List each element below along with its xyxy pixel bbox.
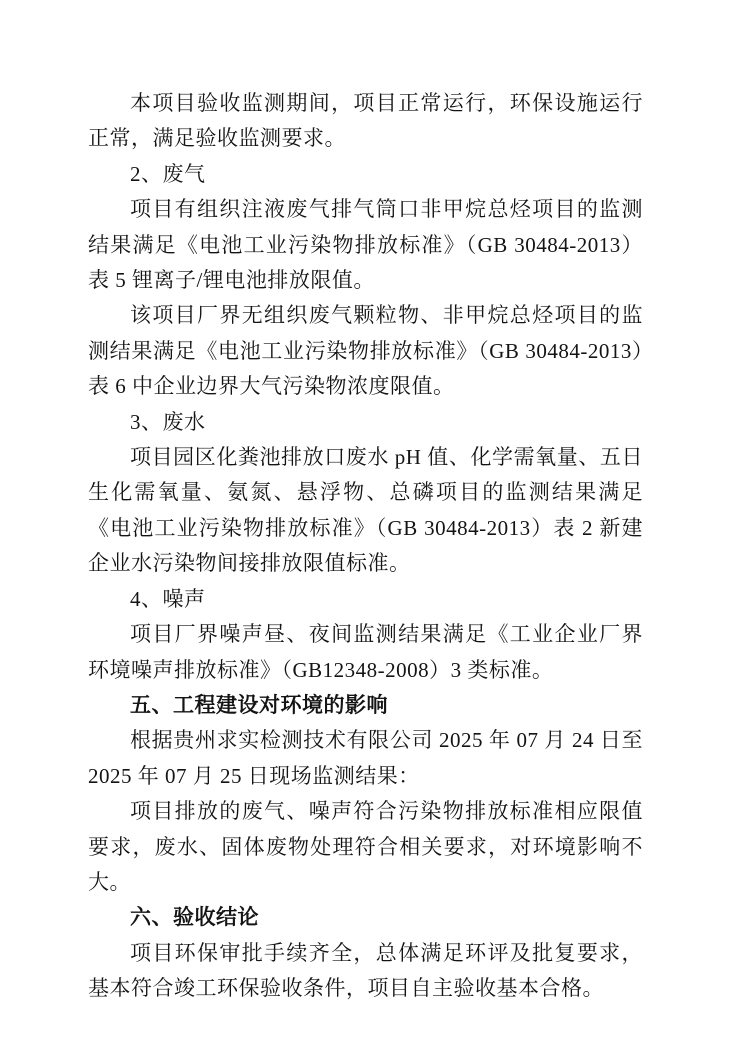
paragraph-noise: 项目厂界噪声昼、夜间监测结果满足《工业企业厂界环境噪声排放标准》（GB12348… [88,617,643,688]
paragraph-conclusion: 项目环保审批手续齐全，总体满足环评及批复要求，基本符合竣工环保验收条件，项目自主… [88,936,643,1007]
paragraph-unorganized-waste-gas: 该项目厂界无组织废气颗粒物、非甲烷总烃项目的监测结果满足《电池工业污染物排放标准… [88,298,643,404]
section-heading-5-environmental-impact: 五、工程建设对环境的影响 [88,688,643,723]
document-page: 本项目验收监测期间，项目正常运行，环保设施运行正常，满足验收监测要求。 2、废气… [0,0,740,1047]
paragraph-monitoring-dates: 根据贵州求实检测技术有限公司 2025 年 07 月 24 日至 2025 年 … [88,723,643,794]
subsection-2-waste-gas-title: 2、废气 [88,157,643,192]
paragraph-wastewater: 项目园区化粪池排放口废水 pH 值、化学需氧量、五日生化需氧量、氨氮、悬浮物、总… [88,440,643,582]
section-heading-6-acceptance-conclusion: 六、验收结论 [88,900,643,935]
paragraph-monitoring-period: 本项目验收监测期间，项目正常运行，环保设施运行正常，满足验收监测要求。 [88,86,643,157]
paragraph-organized-waste-gas: 项目有组织注液废气排气筒口非甲烷总烃项目的监测结果满足《电池工业污染物排放标准》… [88,192,643,298]
subsection-3-wastewater-title: 3、废水 [88,405,643,440]
paragraph-impact-summary: 项目排放的废气、噪声符合污染物排放标准相应限值要求，废水、固体废物处理符合相关要… [88,794,643,900]
subsection-4-noise-title: 4、噪声 [88,582,643,617]
